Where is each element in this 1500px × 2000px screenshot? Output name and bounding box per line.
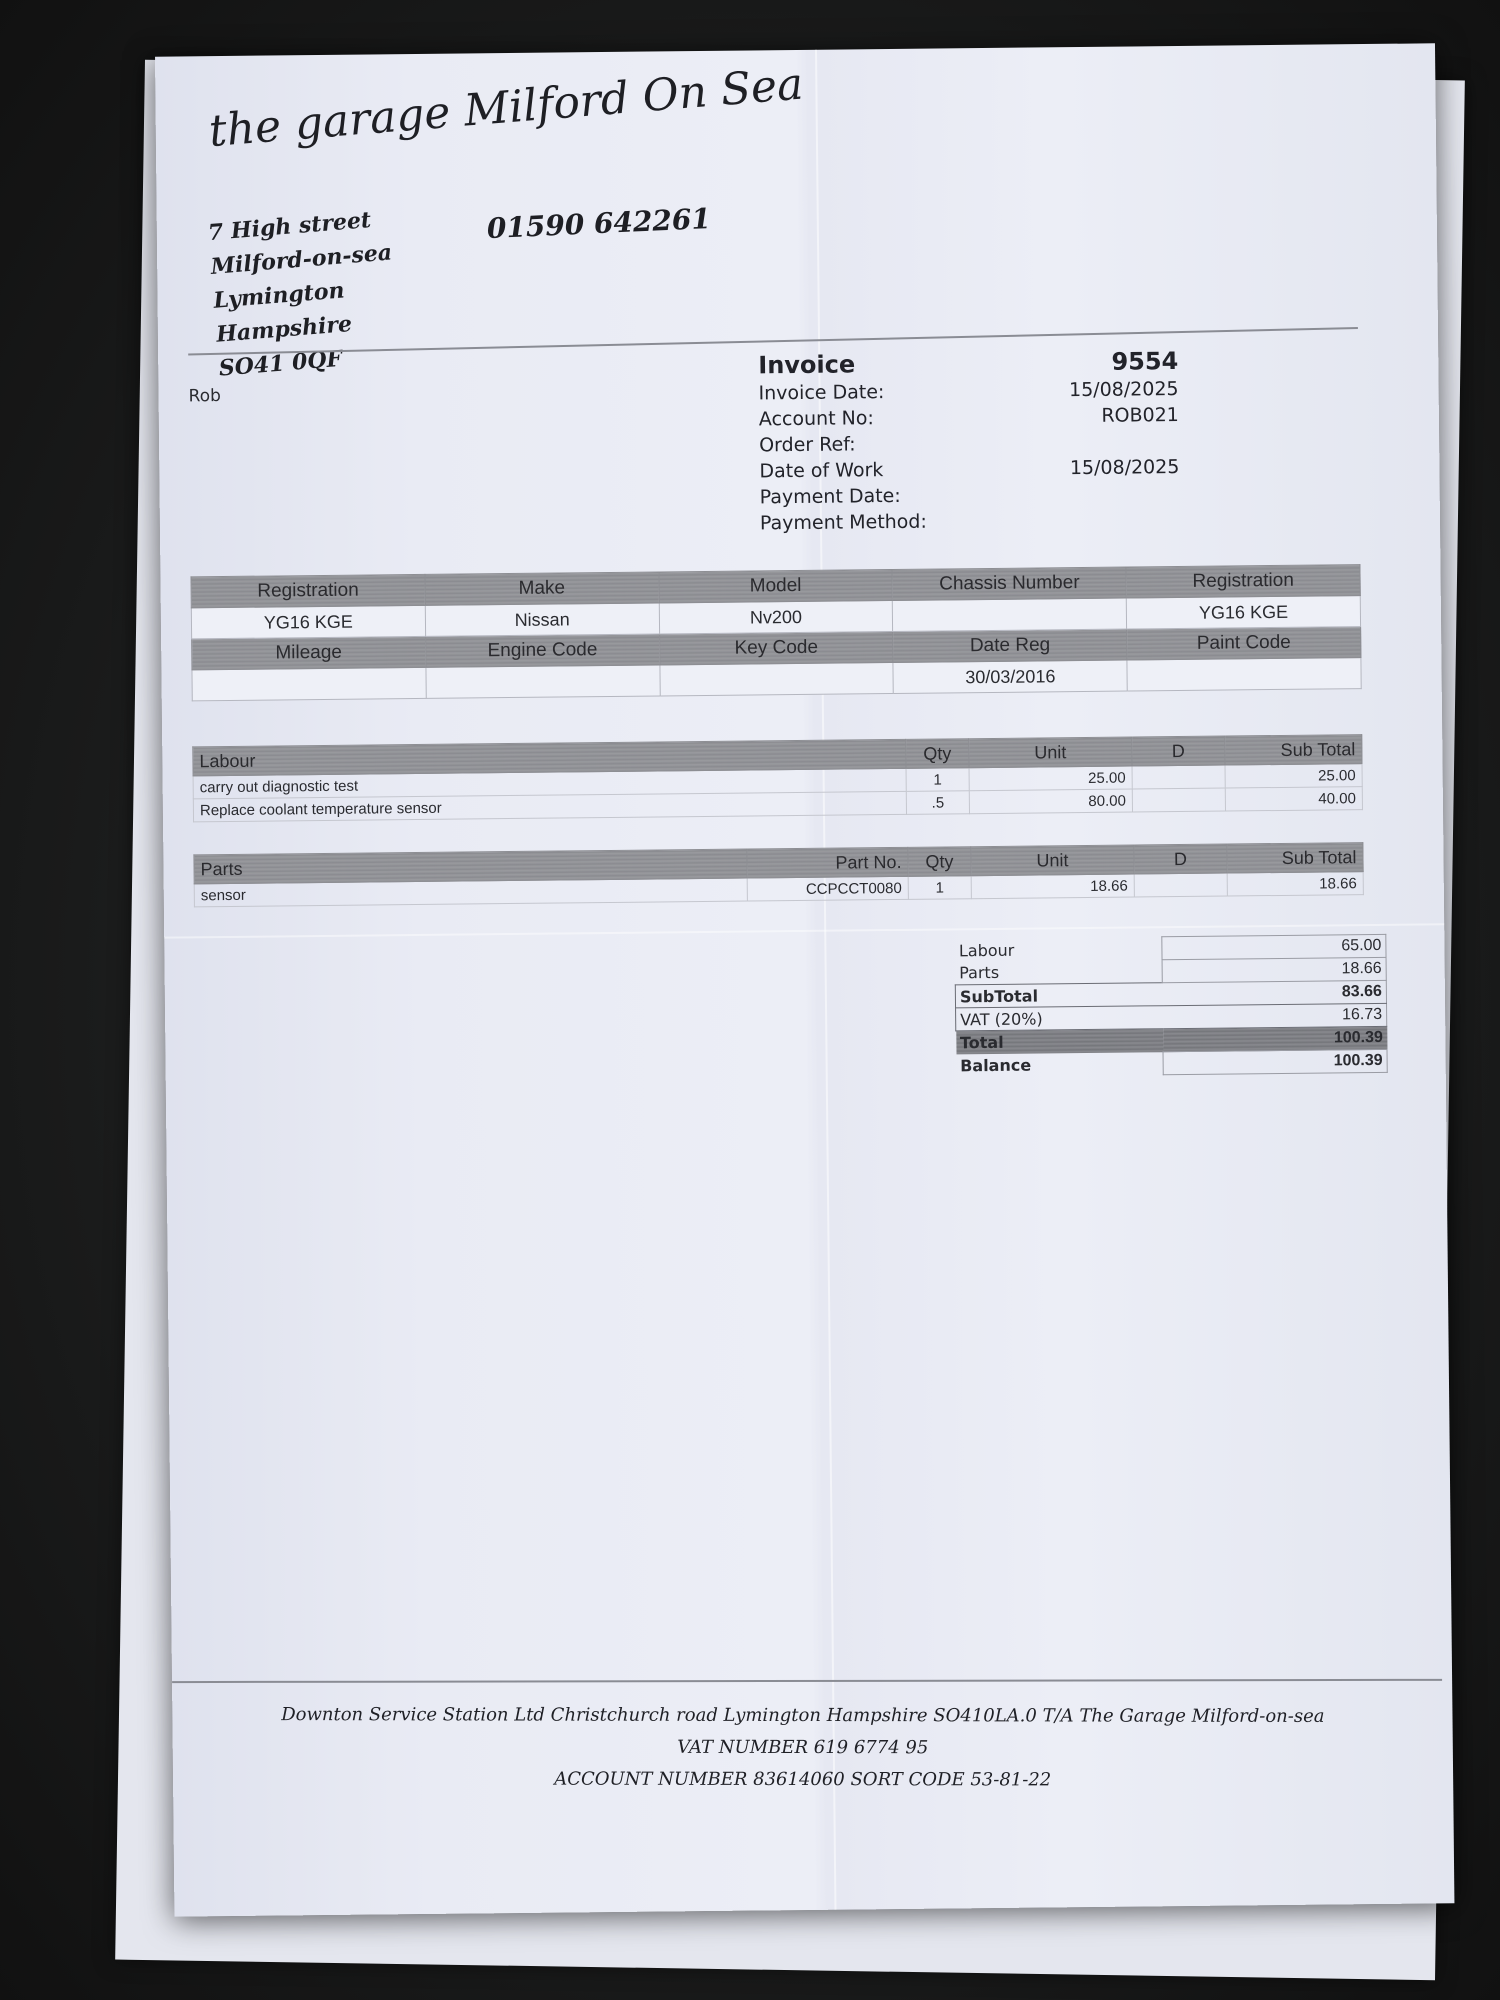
invoice-sheet: the garage Milford On Sea 7 High street … — [155, 43, 1454, 1916]
col-qty: Qty — [906, 739, 969, 769]
col-model: Model — [659, 570, 893, 603]
fold-crease-vertical — [815, 50, 836, 1910]
col-subtotal: Sub Total — [1225, 735, 1362, 765]
invoice-date-value: 15/08/2025 — [1069, 376, 1179, 403]
paint-code-value — [1127, 658, 1361, 691]
payment-date-label: Payment Date: — [760, 483, 901, 510]
col-qty: Qty — [908, 847, 971, 877]
date-of-work-value: 15/08/2025 — [1070, 454, 1180, 481]
labour-qty: 1 — [906, 768, 969, 792]
date-of-work-label: Date of Work — [759, 457, 883, 484]
col-paint-code: Paint Code — [1127, 627, 1361, 660]
totals-table: Labour 65.00 Parts 18.66 SubTotal 83.66 … — [954, 934, 1387, 1078]
labour-qty: .5 — [906, 791, 969, 815]
customer-name: Rob — [188, 386, 220, 406]
account-no-value: ROB021 — [1101, 402, 1179, 429]
col-discount: D — [1132, 736, 1225, 766]
labour-table: Labour Qty Unit D Sub Total carry out di… — [192, 734, 1363, 822]
vehicle-table: Registration Make Model Chassis Number R… — [190, 564, 1361, 701]
footer-company-line: Downton Service Station Ltd Christchurch… — [233, 1699, 1373, 1733]
total-value: 100.39 — [1163, 1026, 1387, 1051]
col-make: Make — [425, 572, 659, 605]
balance-label: Balance — [956, 1052, 1163, 1077]
col-registration: Registration — [191, 574, 425, 607]
chassis-number-value — [893, 598, 1127, 631]
footer-vat-line: VAT NUMBER 619 6774 95 — [233, 1731, 1373, 1765]
company-address: 7 High street Milford-on-sea Lymington H… — [207, 202, 402, 386]
labour-discount — [1132, 788, 1225, 812]
col-unit: Unit — [969, 737, 1132, 768]
engine-code-value — [426, 665, 660, 698]
col-chassis-number: Chassis Number — [892, 567, 1126, 600]
labour-subtotal: 25.00 — [1225, 764, 1362, 788]
footer: Downton Service Station Ltd Christchurch… — [233, 1699, 1373, 1797]
registration-value: YG16 KGE — [191, 605, 425, 638]
totals-parts-value: 18.66 — [1162, 957, 1386, 982]
col-engine-code: Engine Code — [425, 634, 659, 667]
col-unit: Unit — [971, 845, 1134, 876]
mileage-value — [192, 667, 426, 700]
balance-value: 100.39 — [1163, 1049, 1387, 1074]
payment-method-label: Payment Method: — [760, 509, 927, 537]
footer-divider — [172, 1679, 1442, 1683]
company-name: the garage Milford On Sea — [207, 58, 805, 157]
col-key-code: Key Code — [659, 632, 893, 665]
key-code-value — [660, 663, 894, 696]
labour-unit: 25.00 — [969, 766, 1132, 791]
part-number: CCPCCT0080 — [747, 876, 908, 901]
part-qty: 1 — [908, 876, 971, 900]
vat-value: 16.73 — [1163, 1003, 1387, 1028]
invoice-details: Invoice9554 Invoice Date:15/08/2025 Acco… — [758, 346, 1180, 536]
labour-subtotal: 40.00 — [1225, 787, 1362, 811]
part-discount — [1134, 873, 1227, 897]
invoice-title: Invoice — [758, 349, 855, 380]
subtotal-value: 83.66 — [1162, 980, 1386, 1005]
part-desc: sensor — [194, 878, 747, 907]
totals-balance-row: Balance 100.39 — [956, 1049, 1387, 1077]
labour-discount — [1132, 765, 1225, 789]
labour-unit: 80.00 — [969, 789, 1132, 814]
part-unit: 18.66 — [971, 874, 1134, 899]
registration-value-2: YG16 KGE — [1126, 596, 1360, 629]
footer-bank-line: ACCOUNT NUMBER 83614060 SORT CODE 53-81-… — [233, 1763, 1373, 1797]
vat-label: VAT (20%) — [956, 1006, 1163, 1031]
subtotal-label: SubTotal — [955, 983, 1162, 1008]
col-registration-2: Registration — [1126, 565, 1360, 598]
model-value: Nv200 — [659, 601, 893, 634]
order-ref-label: Order Ref: — [759, 431, 856, 458]
make-value: Nissan — [425, 603, 659, 636]
col-subtotal: Sub Total — [1227, 843, 1363, 873]
invoice-date-label: Invoice Date: — [758, 379, 884, 406]
totals-labour-value: 65.00 — [1162, 934, 1386, 959]
invoice-number: 9554 — [1111, 346, 1178, 377]
total-label: Total — [956, 1029, 1163, 1054]
parts-table: Parts Part No. Qty Unit D Sub Total sens… — [193, 842, 1363, 907]
part-subtotal: 18.66 — [1227, 872, 1363, 896]
account-no-label: Account No: — [759, 405, 874, 432]
date-reg-value: 30/03/2016 — [893, 660, 1127, 693]
company-phone: 01590 642261 — [486, 202, 711, 245]
col-date-reg: Date Reg — [893, 629, 1127, 662]
totals-labour-label: Labour — [955, 937, 1162, 962]
col-discount: D — [1134, 844, 1227, 874]
col-part-no: Part No. — [747, 847, 908, 878]
col-mileage: Mileage — [192, 636, 426, 669]
totals-parts-label: Parts — [955, 960, 1162, 985]
